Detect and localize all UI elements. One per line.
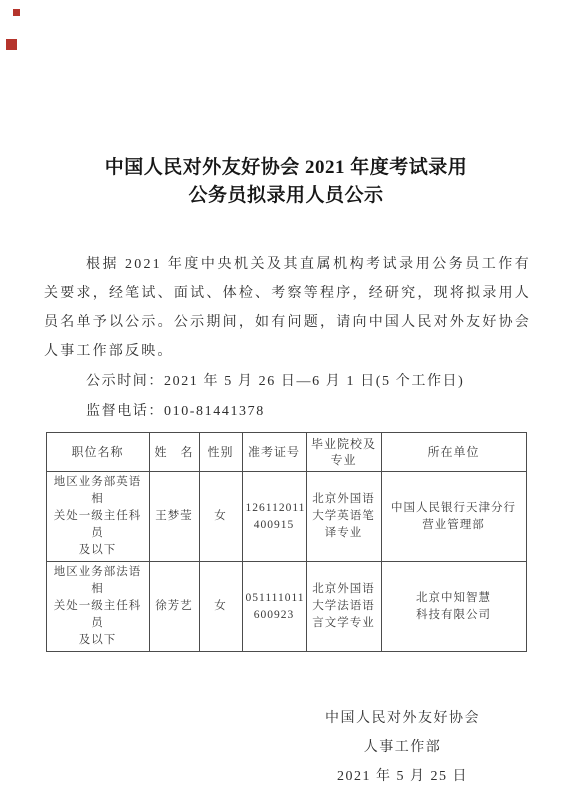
red-scan-mark-top xyxy=(13,9,20,16)
announcement-page: 中国人民对外友好协会 2021 年度考试录用 公务员拟录用人员公示 根据 202… xyxy=(0,0,572,809)
header-name: 姓 名 xyxy=(149,433,199,472)
cell-work-unit: 中国人民银行天津分行 营业管理部 xyxy=(381,472,526,562)
page-title-line2: 公务员拟录用人员公示 xyxy=(0,182,572,210)
cell-exam-number: 126112011 400915 xyxy=(242,472,306,562)
cell-position: 地区业务部法语相 关处一级主任科员 及以下 xyxy=(46,562,149,652)
signature-date: 2021 年 5 月 25 日 xyxy=(325,762,480,791)
cell-gender: 女 xyxy=(199,562,242,652)
page-title: 中国人民对外友好协会 2021 年度考试录用 公务员拟录用人员公示 xyxy=(0,0,572,210)
table-row: 地区业务部法语相 关处一级主任科员 及以下 徐芳艺 女 051111011 60… xyxy=(46,562,526,652)
header-work-unit: 所在单位 xyxy=(381,433,526,472)
cell-work-unit: 北京中知智慧 科技有限公司 xyxy=(381,562,526,652)
publicity-time-line: 公示时间：2021 年 5 月 26 日—6 月 1 日(5 个工作日) xyxy=(44,368,531,396)
table-header-row: 职位名称 姓 名 性别 准考证号 毕业院校及 专业 所在单位 xyxy=(46,433,526,472)
cell-position: 地区业务部英语相 关处一级主任科员 及以下 xyxy=(46,472,149,562)
header-school-major: 毕业院校及 专业 xyxy=(306,433,381,472)
signature-organization: 中国人民对外友好协会 xyxy=(325,704,480,733)
cell-school-major: 北京外国语 大学英语笔 译专业 xyxy=(306,472,381,562)
candidate-roster-table: 职位名称 姓 名 性别 准考证号 毕业院校及 专业 所在单位 地区业务部英语相 … xyxy=(46,432,527,652)
cell-name: 徐芳艺 xyxy=(149,562,199,652)
red-scan-mark-bottom xyxy=(6,39,17,50)
announcement-paragraph: 根据 2021 年度中央机关及其直属机构考试录用公务员工作有关要求，经笔试、面试… xyxy=(44,250,531,366)
cell-name: 王梦莹 xyxy=(149,472,199,562)
header-position: 职位名称 xyxy=(46,433,149,472)
header-gender: 性别 xyxy=(199,433,242,472)
cell-school-major: 北京外国语 大学法语语 言文学专业 xyxy=(306,562,381,652)
cell-gender: 女 xyxy=(199,472,242,562)
cell-exam-number: 051111011 600923 xyxy=(242,562,306,652)
supervision-phone-line: 监督电话：010-81441378 xyxy=(44,398,531,426)
signature-department: 人事工作部 xyxy=(325,733,480,762)
signature-block: 中国人民对外友好协会 人事工作部 2021 年 5 月 25 日 xyxy=(325,704,480,791)
header-exam-number: 准考证号 xyxy=(242,433,306,472)
table-row: 地区业务部英语相 关处一级主任科员 及以下 王梦莹 女 126112011 40… xyxy=(46,472,526,562)
page-title-line1: 中国人民对外友好协会 2021 年度考试录用 xyxy=(0,154,572,182)
